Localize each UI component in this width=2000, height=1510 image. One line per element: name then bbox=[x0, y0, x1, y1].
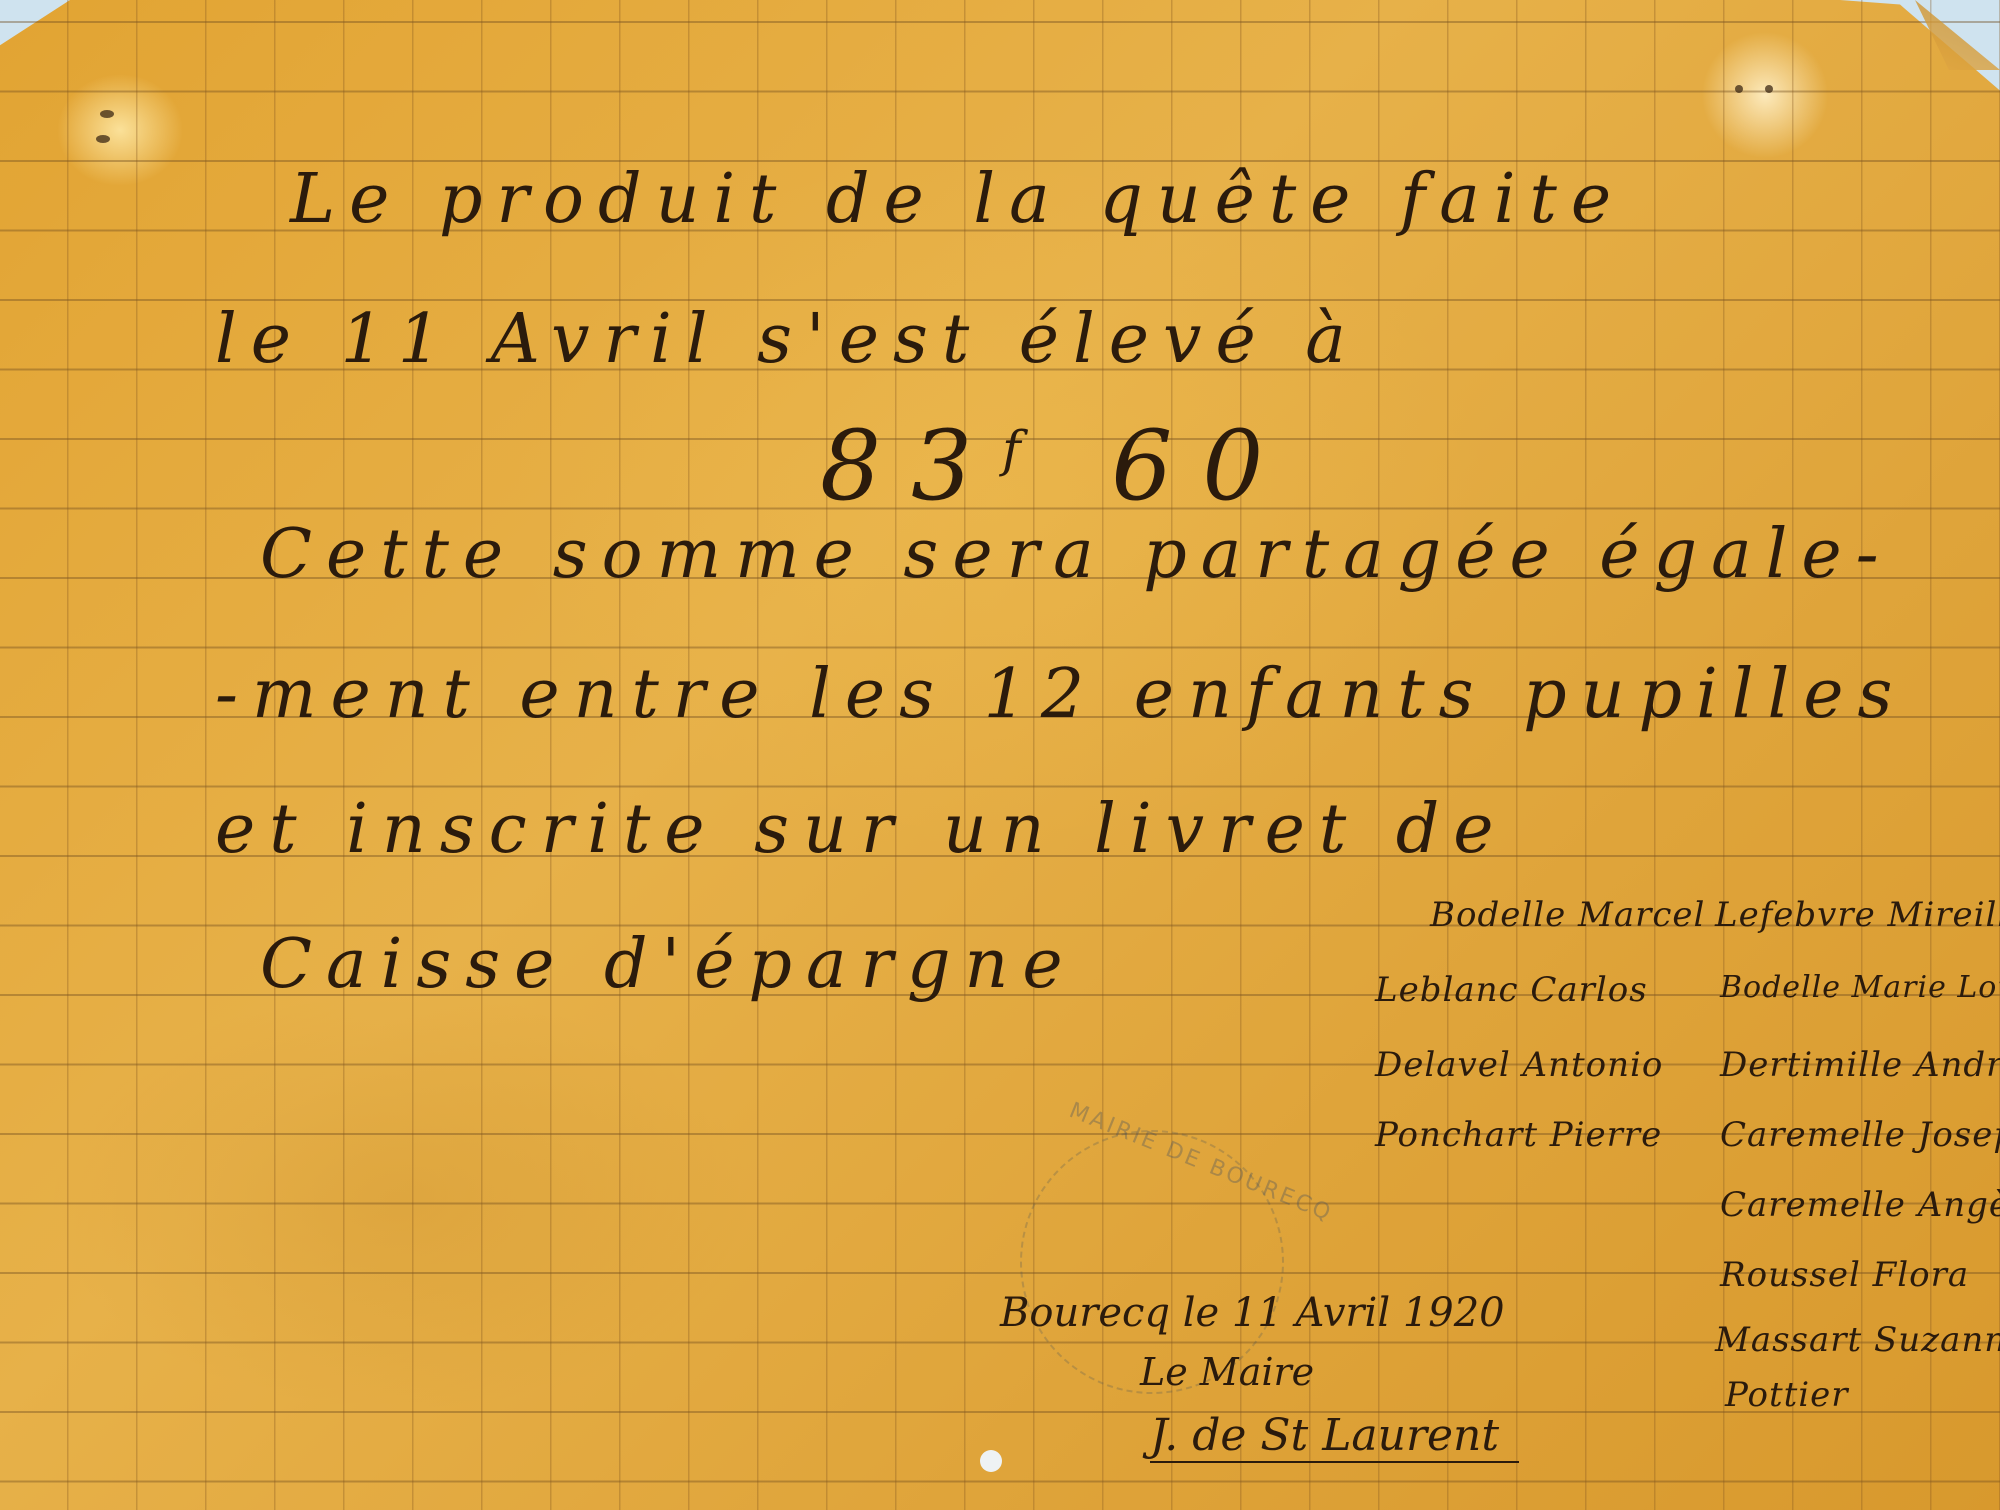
place-date: Bourecq le 11 Avril 1920 bbox=[1000, 1290, 1505, 1336]
name-entry: Dertimille Andréa bbox=[1720, 1045, 2000, 1085]
amount-unit: f bbox=[1002, 420, 1051, 478]
name-entry: Lefebvre Mireille bbox=[1715, 895, 2000, 935]
name-entry: Leblanc Carlos bbox=[1375, 970, 1648, 1010]
name-entry: Delavel Antonio bbox=[1375, 1045, 1663, 1085]
body-line-2: le 11 Avril s'est élevé à bbox=[215, 300, 1360, 379]
amount-line: 83f 60 bbox=[820, 410, 1293, 522]
name-entry: Bodelle Marie Louise bbox=[1720, 970, 2000, 1005]
body-line-5: -ment entre les 12 enfants pupilles bbox=[215, 655, 1906, 734]
name-entry: Bodelle Marcel bbox=[1430, 895, 1705, 935]
name-entry: Massart Suzanne bbox=[1715, 1320, 2000, 1360]
paper-tear bbox=[980, 1450, 1002, 1472]
mayor-signature: J. de St Laurent bbox=[1150, 1410, 1519, 1463]
name-entry: Roussel Flora bbox=[1720, 1255, 1969, 1295]
body-line-4: Cette somme sera partagée égale- bbox=[260, 515, 1893, 594]
body-line-1: Le produit de la quête faite bbox=[290, 160, 1625, 239]
name-entry: Caremelle Angèle bbox=[1720, 1185, 2000, 1225]
body-line-7: Caisse d'épargne bbox=[260, 925, 1077, 1004]
body-line-6: et inscrite sur un livret de bbox=[215, 790, 1508, 869]
pin-hole bbox=[96, 135, 110, 143]
name-entry: Ponchart Pierre bbox=[1375, 1115, 1662, 1155]
name-entry: Pottier bbox=[1725, 1375, 1849, 1415]
pin-hole bbox=[100, 110, 114, 118]
amount-centimes: 60 bbox=[1111, 410, 1293, 522]
pin-hole bbox=[1735, 85, 1743, 93]
amount-francs: 83 bbox=[820, 410, 1002, 522]
mayor-title: Le Maire bbox=[1140, 1350, 1314, 1394]
pin-hole bbox=[1765, 85, 1773, 93]
name-entry: Caremelle Joseph bbox=[1720, 1115, 2000, 1155]
